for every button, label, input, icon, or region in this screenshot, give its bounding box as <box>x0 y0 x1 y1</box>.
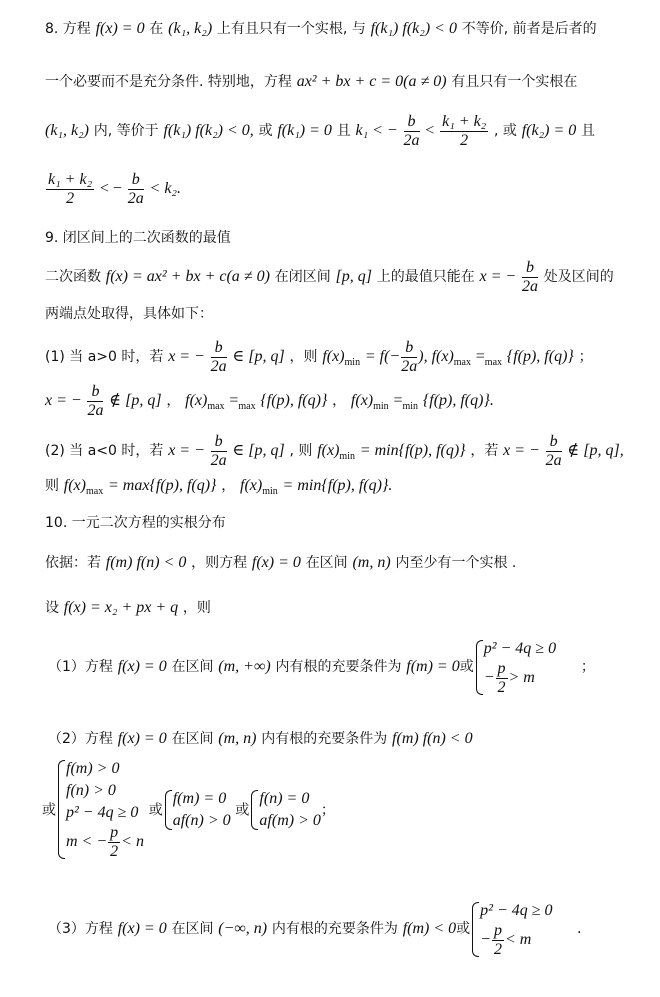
text: 设 <box>45 600 59 616</box>
text: 内有根的充要条件为 <box>261 731 387 747</box>
sec9-line1: 二次函数 f(x) = ax² + bx + c(a ≠ 0) 在闭区间 [p,… <box>45 256 614 297</box>
text: 依据：若 <box>45 555 101 571</box>
interval: (k₁, k₂) <box>45 122 89 139</box>
text: , 则 <box>290 443 313 459</box>
system-row: m < −p2< n <box>66 824 144 861</box>
fraction: p2 <box>108 824 120 861</box>
system-row: af(n) > 0 <box>173 810 231 832</box>
text: 或 <box>235 803 249 819</box>
system-row: f(m) = 0 <box>173 788 231 810</box>
function-definition: f(x) = x₂ + px + q <box>64 599 178 616</box>
equation-system: f(m) > 0 f(n) > 0 p² − 4q ≥ 0 m < −p2< n <box>56 758 144 861</box>
text: 处及区间的 <box>544 269 614 285</box>
text: ， <box>221 478 235 494</box>
text: 在区间 <box>171 731 213 747</box>
condition: f(m) f(n) < 0 <box>392 730 473 747</box>
equation: f(x) = 0 <box>118 730 167 747</box>
text: 内有根的充要条件为 <box>272 921 398 937</box>
fraction: k₁ + k₂2 <box>46 171 94 208</box>
text: ； <box>321 803 335 819</box>
text: x = − <box>168 348 205 365</box>
text: f(x) <box>185 392 207 409</box>
interval: ∉ [p, q] <box>109 392 161 409</box>
text: < <box>425 122 434 139</box>
sec9-case2: (2) 当 a<0 时，若 x = − b2a ∈ [p, q] , 则 f(x… <box>45 430 624 477</box>
system-row: p² − 4q ≥ 0 <box>484 638 556 660</box>
text: 内, 等价于 <box>94 123 159 139</box>
text: ； <box>579 349 593 365</box>
subscript: min <box>262 486 278 497</box>
sec10-title: 10. 一元二次方程的实根分布 <box>45 513 226 533</box>
text: ， <box>332 393 346 409</box>
sec9-case1: (1) 当 a>0 时，若 x = − b2a ∈ [p, q] ，则 f(x)… <box>45 336 593 383</box>
system-row: p² − 4q ≥ 0 <box>66 802 144 824</box>
inequality: k₁ < − <box>355 122 397 139</box>
sec8-line2: 一个必要而不是充分条件. 特别地，方程 ax² + bx + c = 0(a ≠… <box>45 71 577 92</box>
system-row: af(m) > 0 <box>259 810 320 832</box>
interval: ∈ [p, q] <box>232 348 284 365</box>
system-row: −p2< m <box>480 922 552 959</box>
text: f(x) <box>351 392 373 409</box>
sec10-item3: （3）方程 f(x) = 0 在区间 (−∞, n) 内有根的充要条件为 f(m… <box>48 898 581 959</box>
sec9-case2b: 则 f(x)max = max{f(p), f(q)} ， f(x)min = … <box>45 475 392 502</box>
text: 内有根的充要条件为 <box>275 659 401 675</box>
text: f(x) <box>317 442 339 459</box>
sec8-line3: (k₁, k₂) 内, 等价于 f(k₁) f(k₂) < 0, 或 f(k₁)… <box>45 110 595 151</box>
text: 8. 方程 <box>45 21 91 37</box>
equation: ax² + bx + c = 0(a ≠ 0) <box>297 73 447 90</box>
text: 在闭区间 <box>275 269 331 285</box>
equation: f(x) = 0 <box>252 554 301 571</box>
text: 一个必要而不是充分条件. 特别地，方程 <box>45 74 292 90</box>
subscript: max <box>454 357 471 368</box>
sec10-item2-systems: 或 f(m) > 0 f(n) > 0 p² − 4q ≥ 0 m < −p2<… <box>42 758 335 861</box>
interval: (m, n) <box>218 730 256 747</box>
text: 在 <box>149 21 163 37</box>
sec9-title: 9. 闭区间上的二次函数的最值 <box>45 228 231 248</box>
system-row: f(n) > 0 <box>66 780 144 802</box>
text: x = − <box>503 442 540 459</box>
text: f(x) <box>240 477 262 494</box>
equation-system: p² − 4q ≥ 0 −p2> m <box>474 638 556 697</box>
text: 或 <box>259 123 273 139</box>
equation: f(x) = ax² + bx + c(a ≠ 0) <box>106 268 270 285</box>
system-row: p² − 4q ≥ 0 <box>480 900 552 922</box>
subscript: max <box>238 401 255 412</box>
sec8-line1: 8. 方程 f(x) = 0 在 (k₁, k₂) 上有且只有一个实根, 与 f… <box>45 18 597 39</box>
text: 且 <box>581 123 595 139</box>
interval: ∈ [p, q] <box>232 442 284 459</box>
product-condition: f(m) f(n) < 0 <box>106 554 187 571</box>
text: ，若 <box>470 443 498 459</box>
subscript: max <box>485 357 502 368</box>
text: , 或 <box>494 123 517 139</box>
text: 或 <box>42 803 56 819</box>
text: 或 <box>456 921 470 937</box>
fraction: b2a <box>211 433 227 470</box>
fraction: b2a <box>87 383 103 420</box>
equation-system: f(n) = 0 af(m) > 0 <box>249 788 320 832</box>
product-condition: f(k₁) f(k₂) < 0 <box>371 20 457 37</box>
fraction: b2a <box>546 433 562 470</box>
sec9-case1b: x = − b2a ∉ [p, q] ， f(x)max =max {f(p),… <box>45 380 494 427</box>
sec10-item2: （2）方程 f(x) = 0 在区间 (m, n) 内有根的充要条件为 f(m)… <box>48 728 473 749</box>
fraction: b2a <box>401 339 417 376</box>
text: . <box>577 920 581 937</box>
text: （2）方程 <box>48 731 113 747</box>
condition: f(m) < 0 <box>403 920 456 937</box>
text: ，则 <box>290 349 318 365</box>
text: 内至少有一个实根 . <box>395 555 516 571</box>
text: < − <box>100 180 122 197</box>
text: 或 <box>460 659 474 675</box>
text: = <box>476 348 485 365</box>
interval: (−∞, n) <box>218 920 267 937</box>
subscript: max <box>86 486 103 497</box>
text: ), f(x) <box>418 348 454 365</box>
fraction: p2 <box>496 660 508 697</box>
sec9-line2: 两端点处取得，具体如下： <box>45 304 213 324</box>
set: {f(p), f(q)} <box>260 392 327 409</box>
system-row: −p2> m <box>484 660 556 697</box>
subscript: min <box>373 401 389 412</box>
text: 在区间 <box>306 555 348 571</box>
text: f(x) <box>64 477 86 494</box>
condition: f(k₂) = 0 <box>522 122 577 139</box>
sec8-line4: k₁ + k₂2 < − b2a < k₂. <box>45 168 181 209</box>
condition: f(m) = 0 <box>406 658 459 675</box>
subscript: max <box>207 401 224 412</box>
text: = f(− <box>365 348 400 365</box>
text: = <box>229 392 238 409</box>
equation: f(x) = 0 <box>118 920 167 937</box>
text: x = − <box>480 268 517 285</box>
text: （1）方程 <box>48 659 113 675</box>
sec10-basis: 依据：若 f(m) f(n) < 0 ，则方程 f(x) = 0 在区间 (m,… <box>45 552 516 573</box>
equation: f(x) = 0 <box>118 658 167 675</box>
text: ，则 <box>183 600 211 616</box>
text: f(x) <box>322 348 344 365</box>
subscript: min <box>339 451 355 462</box>
text: x = − <box>45 392 82 409</box>
text: 不等价, 前者是后者的 <box>462 21 597 37</box>
text: ； <box>581 659 595 675</box>
text: 二次函数 <box>45 269 101 285</box>
text: 在区间 <box>171 659 213 675</box>
fraction: b2a <box>522 259 538 296</box>
system-row: f(m) > 0 <box>66 758 144 780</box>
equation: f(x) = 0 <box>96 20 145 37</box>
fraction: b2a <box>128 171 144 208</box>
set: = min{f(p), f(q)}. <box>283 477 393 494</box>
fraction: p2 <box>492 922 504 959</box>
set: {f(p), f(q)} <box>507 348 574 365</box>
interval: (k₁, k₂) <box>168 20 212 37</box>
fraction: k₁ + k₂2 <box>440 113 488 150</box>
text: = <box>393 392 402 409</box>
subscript: min <box>403 401 419 412</box>
text: 在区间 <box>171 921 213 937</box>
equation-system: f(m) = 0 af(n) > 0 <box>163 788 231 832</box>
text: 有且只有一个实根在 <box>451 74 577 90</box>
fraction: b2a <box>211 339 227 376</box>
system-row: f(n) = 0 <box>259 788 320 810</box>
text: 且 <box>337 123 351 139</box>
interval: [p, q] <box>335 268 371 285</box>
subscript: min <box>345 357 361 368</box>
text: ， <box>166 393 180 409</box>
condition: f(k₁) = 0 <box>277 122 332 139</box>
equation-system: p² − 4q ≥ 0 −p2< m <box>470 900 552 959</box>
interval: (m, n) <box>352 554 390 571</box>
product-condition: f(k₁) f(k₂) < 0, <box>163 122 253 139</box>
sec10-let: 设 f(x) = x₂ + px + q ，则 <box>45 597 211 618</box>
text: 上有且只有一个实根, 与 <box>217 21 366 37</box>
text: 或 <box>149 803 163 819</box>
set: {f(p), f(q)}. <box>423 392 494 409</box>
sec10-item1: （1）方程 f(x) = 0 在区间 (m, +∞) 内有根的充要条件为 f(m… <box>48 636 595 697</box>
text: 则 <box>45 478 59 494</box>
text: x = − <box>168 442 205 459</box>
fraction: b2a <box>404 113 420 150</box>
text: ，则方程 <box>191 555 247 571</box>
text: (2) 当 a<0 时，若 <box>45 443 163 459</box>
text: (1) 当 a>0 时，若 <box>45 349 163 365</box>
interval: (m, +∞) <box>218 658 270 675</box>
text: 上的最值只能在 <box>377 269 475 285</box>
set: = max{f(p), f(q)} <box>108 477 216 494</box>
set: = min{f(p), f(q)} <box>360 442 466 459</box>
text: < k₂. <box>150 180 181 197</box>
text: （3）方程 <box>48 921 113 937</box>
interval: ∉ [p, q], <box>567 442 623 459</box>
